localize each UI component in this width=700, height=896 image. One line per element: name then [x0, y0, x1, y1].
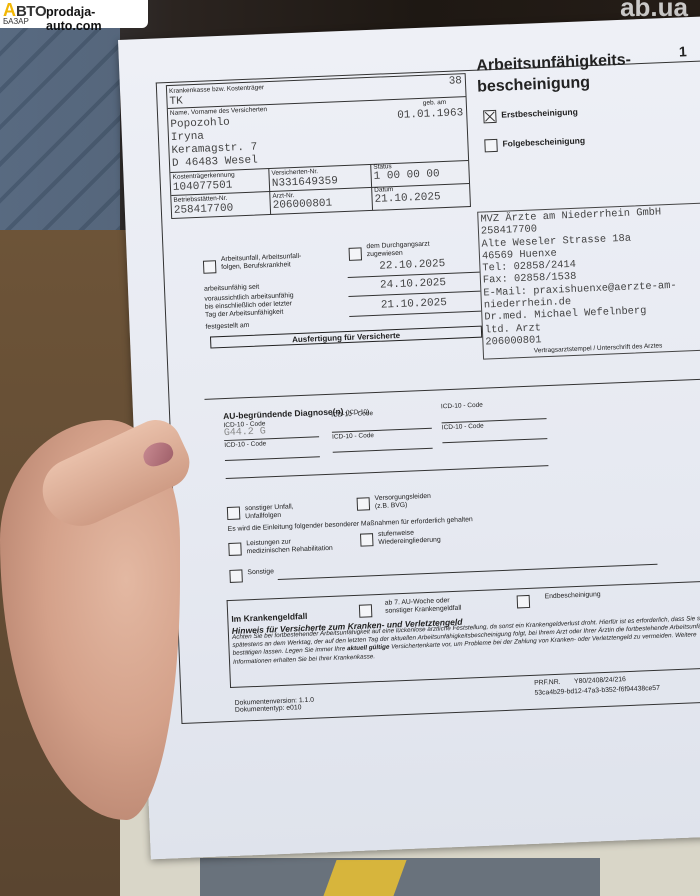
page-number: 1: [679, 43, 687, 59]
reha-checkbox[interactable]: [228, 542, 242, 556]
stufen-label: stufenweise Wiedereingliederung: [378, 528, 441, 546]
kt-value: 104077501: [173, 180, 233, 194]
ab7-label: ab 7. AU-Woche oder sonstiger Krankengel…: [385, 597, 462, 616]
status-value: 1 00 00 00: [373, 168, 439, 183]
stamp-text: MVZ Ärzte am Niederrhein GmbH 258417700 …: [480, 206, 679, 349]
sonstige-checkbox[interactable]: [229, 569, 243, 583]
watermark-site: prodaja-auto.com: [46, 5, 148, 33]
arbeitsunfall-label: Arbeitsunfall, Arbeitsunfall- folgen, Be…: [221, 253, 302, 272]
folge-checkbox[interactable]: [484, 139, 498, 153]
watermark[interactable]: АВТО БАЗАР prodaja-auto.com: [0, 0, 148, 28]
durchgangsarzt-checkbox[interactable]: [349, 247, 363, 261]
kasse-code: 38: [448, 75, 462, 88]
background-tag: [323, 860, 406, 896]
patient-city: D 46483 Wesel: [172, 154, 258, 169]
watermark-sub: БАЗАР: [3, 17, 29, 26]
end-checkbox[interactable]: [517, 595, 531, 609]
doctor-stamp: MVZ Ärzte am Niederrhein GmbH 258417700 …: [477, 203, 700, 360]
unfall-label: sonstiger Unfall, Unfallfolgen: [245, 503, 294, 521]
icd-code-1: G44.2 G: [224, 426, 266, 439]
dob-label: geb. am: [423, 99, 447, 107]
patient-dob: 01.01.1963: [397, 107, 463, 122]
au-certificate: Krankenkasse bzw. Kostenträger 38 TK Nam…: [118, 14, 700, 859]
form-title: Arbeitsunfähigkeits- bescheinigung: [476, 49, 632, 97]
bis-label: voraussichtlich arbeitsunfähig bis einsc…: [204, 292, 294, 320]
erst-checkbox[interactable]: [483, 110, 497, 124]
stufen-checkbox[interactable]: [360, 533, 374, 547]
patient-lastname: Popozohlo: [170, 117, 230, 131]
sonstige-label: Sonstige: [247, 568, 274, 577]
ab7-checkbox[interactable]: [359, 604, 373, 618]
versorgung-checkbox[interactable]: [357, 497, 371, 511]
kasse-value: TK: [169, 95, 183, 108]
kasse-label: Krankenkasse bzw. Kostenträger: [169, 84, 264, 95]
patient-box: Krankenkasse bzw. Kostenträger 38 TK Nam…: [166, 73, 471, 219]
durchgangsarzt-label: dem Durchgangsarzt zugewiesen: [366, 241, 430, 260]
patient-firstname: Iryna: [171, 131, 204, 144]
datum-value: 21.10.2025: [374, 191, 440, 206]
versorgung-label: Versorgungsleiden (z.B. BVG): [374, 493, 431, 511]
unfall-checkbox[interactable]: [227, 506, 241, 520]
arzt-value: 206000801: [273, 198, 333, 212]
background-tiles: [0, 20, 120, 250]
arbeitsunfall-checkbox[interactable]: [203, 260, 217, 274]
bsnr-value: 258417700: [174, 203, 234, 217]
prf-label: PRF.NR.: [534, 679, 561, 688]
